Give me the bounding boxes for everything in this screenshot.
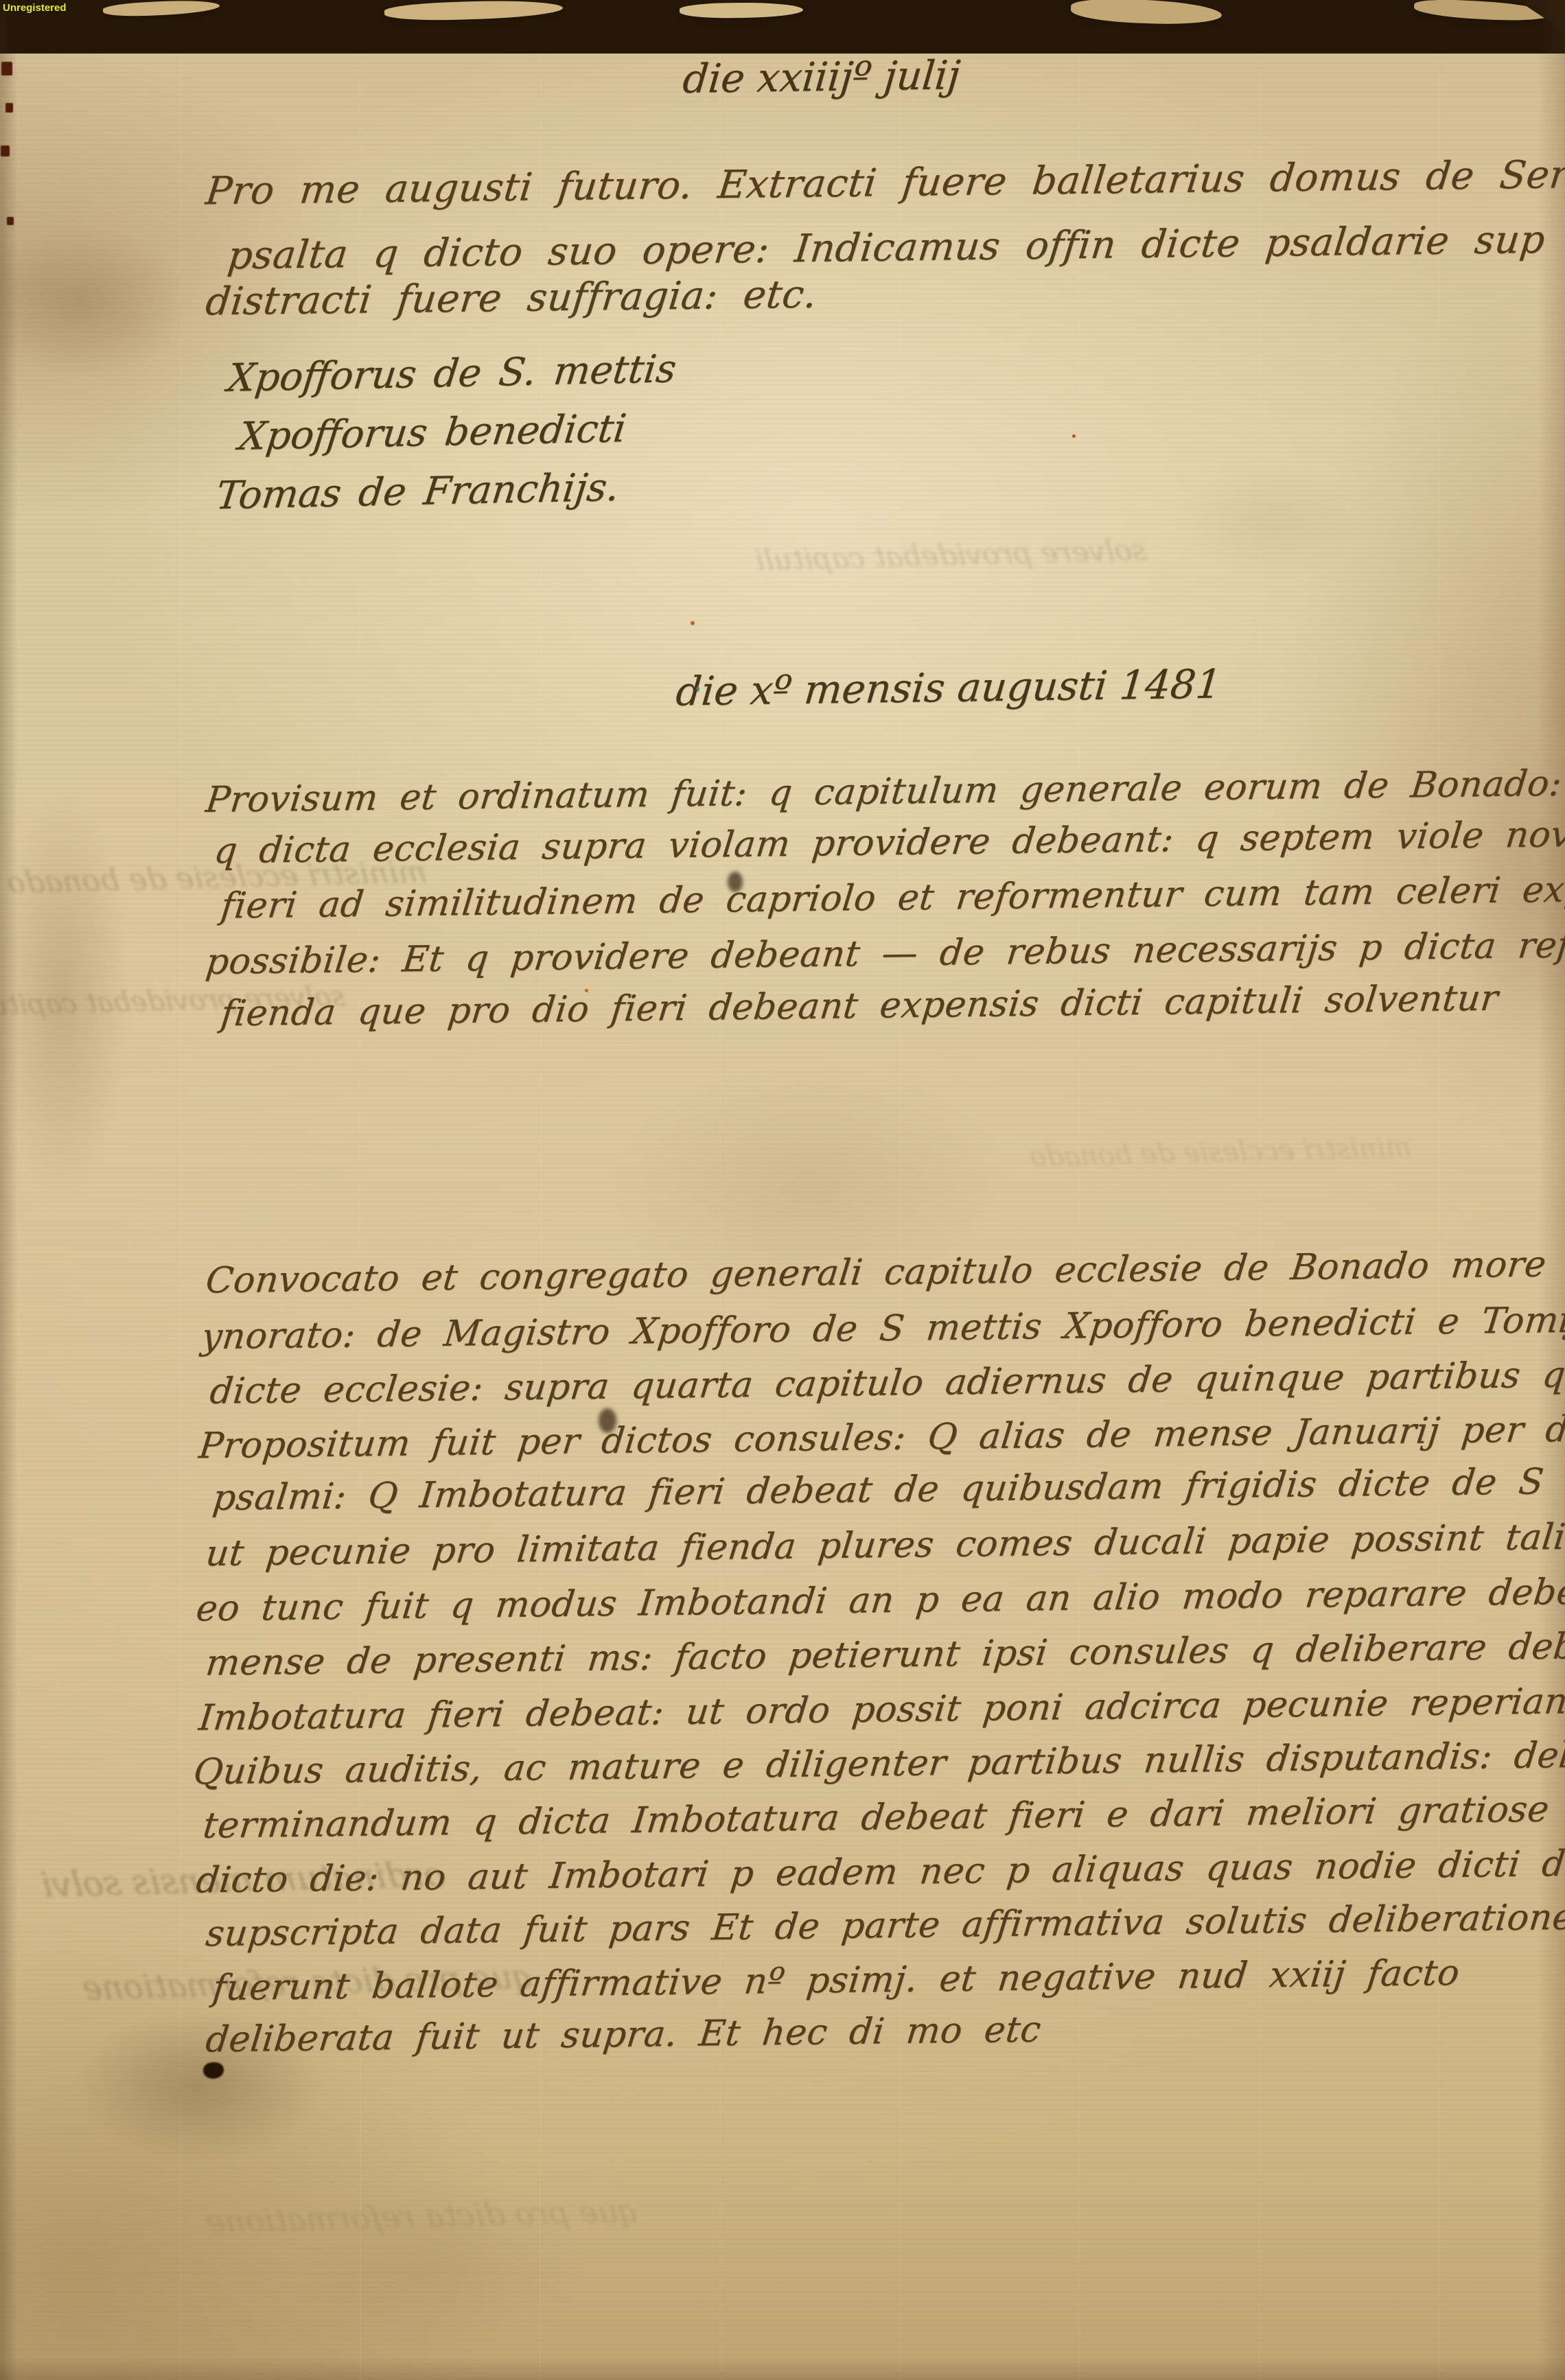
bleedthrough-text: que pro dicta reformatione: [202, 2184, 642, 2248]
rust-speck: [1286, 1537, 1288, 1540]
manuscript-scan: ministri ecclesie de bonado solvere prov…: [0, 0, 1565, 2380]
torn-corner: [1517, 0, 1565, 32]
ink-smudge: [599, 1408, 616, 1433]
rust-speck: [1072, 434, 1076, 438]
margin-mark: [5, 103, 13, 113]
bleedthrough-text: solvere providebat capituli: [752, 524, 1150, 587]
date-heading-august: die xº mensis augusti 1481: [674, 660, 1223, 714]
rust-speck: [585, 989, 588, 992]
date-heading-july: die xxiiijº julij: [681, 51, 962, 102]
signature-name: Xpofforus de S. mettis: [225, 347, 678, 401]
margin-mark: [7, 217, 14, 225]
signature-name: Tomas de Franchijs.: [213, 465, 622, 518]
unregistered-watermark: Unregistered: [3, 2, 67, 14]
signature-name: Xpofforus benedicti: [236, 406, 629, 459]
manuscript-line: distracti fuere suffragia: etc.: [203, 272, 819, 325]
margin-mark: [1, 62, 12, 75]
margin-mark: [1, 145, 10, 156]
fiber-speck: [697, 686, 699, 692]
bleedthrough-text: ministri ecclesie de bonado: [1026, 1121, 1415, 1184]
ink-smudge: [728, 872, 743, 892]
rust-speck: [455, 2037, 458, 2040]
rust-speck: [691, 621, 695, 625]
